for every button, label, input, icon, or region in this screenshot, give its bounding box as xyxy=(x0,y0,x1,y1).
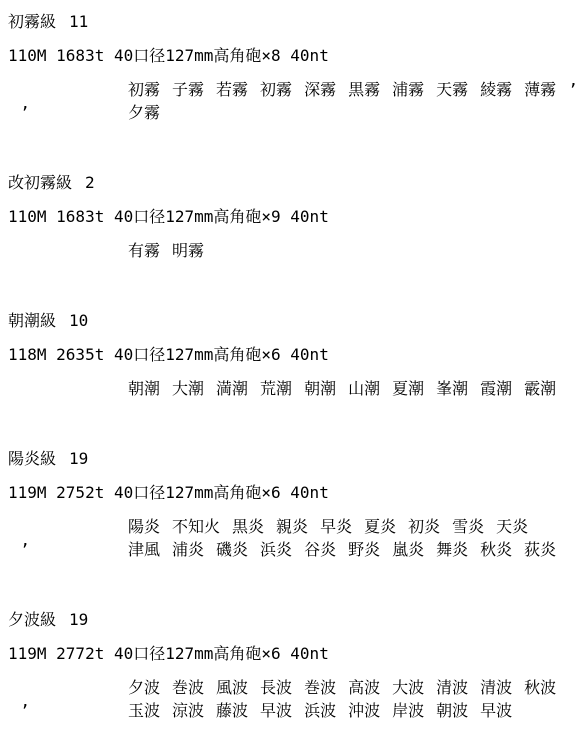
ship-name: 満潮 xyxy=(216,381,248,397)
class-spec: 119M 2752t 40口径127mm高角砲×6 40nt xyxy=(8,485,582,501)
ship-name: 巻波 xyxy=(172,680,204,696)
ship-name: 夏炎 xyxy=(364,519,396,535)
class-title-line: 改初霧級2 xyxy=(8,175,582,191)
ship-name: 浦霧 xyxy=(392,82,424,98)
ship-class-section: 朝潮級10 118M 2635t 40口径127mm高角砲×6 40nt 朝潮大… xyxy=(8,313,582,397)
ship-class-section: 陽炎級19 119M 2752t 40口径127mm高角砲×6 40nt 陽炎不… xyxy=(8,451,582,558)
class-spec: 110M 1683t 40口径127mm高角砲×9 40nt xyxy=(8,209,582,225)
ship-name: 天炎 xyxy=(496,519,528,535)
ship-name-row: 夕波巻波風波長波巻波高波大波清波清波秋波 xyxy=(8,680,582,696)
ship-name: 夕波 xyxy=(128,680,160,696)
ship-name: 清波 xyxy=(436,680,468,696)
class-spec: 119M 2772t 40口径127mm高角砲×6 40nt xyxy=(8,646,582,662)
ship-name-row: 朝潮大潮満潮荒潮朝潮山潮夏潮峯潮霞潮霰潮 xyxy=(8,381,582,397)
class-ship-count: 19 xyxy=(69,449,88,468)
ship-name: 初霧 xyxy=(128,82,160,98)
ship-name: 天霧 xyxy=(436,82,468,98)
class-title: 陽炎級 xyxy=(8,449,56,468)
class-ship-count: 2 xyxy=(85,173,95,192)
names-row: 玉波涼波藤波早波浜波沖波岸波朝波早波 xyxy=(128,703,582,719)
ship-name: 秋炎 xyxy=(480,542,512,558)
ship-name: 高波 xyxy=(348,680,380,696)
ship-name: 黒霧 xyxy=(348,82,380,98)
ship-name: 谷炎 xyxy=(304,542,336,558)
ship-name-row: ’ 玉波涼波藤波早波浜波沖波岸波朝波早波 xyxy=(8,703,582,719)
names-block: 夕波巻波風波長波巻波高波大波清波清波秋波 ’ 玉波涼波藤波早波浜波沖波岸波朝波早… xyxy=(8,680,582,719)
ship-name: 薄霧 xyxy=(524,82,556,98)
ship-class-section: 改初霧級2 110M 1683t 40口径127mm高角砲×9 40nt 有霧明… xyxy=(8,175,582,259)
ship-name: 藤波 xyxy=(216,703,248,719)
ship-name: 早波 xyxy=(480,703,512,719)
ship-name: 陽炎 xyxy=(128,519,160,535)
ship-name: 黒炎 xyxy=(232,519,264,535)
names-row: 夕霧 xyxy=(128,105,582,121)
ship-name: 朝潮 xyxy=(304,381,336,397)
ship-name: 親炎 xyxy=(276,519,308,535)
ship-name: 浜炎 xyxy=(260,542,292,558)
ship-name: 巻波 xyxy=(304,680,336,696)
ship-name: 荒潮 xyxy=(260,381,292,397)
ship-name: 浜波 xyxy=(304,703,336,719)
ship-name: 大潮 xyxy=(172,381,204,397)
names-row: 初霧子霧若霧初霧深霧黒霧浦霧天霧綾霧薄霧’ xyxy=(128,82,582,98)
line-lead-comma: ’ xyxy=(20,703,30,719)
class-title-line: 初霧級11 xyxy=(8,14,582,30)
class-ship-count: 19 xyxy=(69,610,88,629)
ship-class-section: 初霧級11 110M 1683t 40口径127mm高角砲×8 40nt 初霧子… xyxy=(8,14,582,121)
ship-name: 初炎 xyxy=(408,519,440,535)
class-ship-count: 10 xyxy=(69,311,88,330)
ship-name: 朝潮 xyxy=(128,381,160,397)
ship-name-row: 初霧子霧若霧初霧深霧黒霧浦霧天霧綾霧薄霧’ xyxy=(8,82,582,98)
document-page: 初霧級11 110M 1683t 40口径127mm高角砲×8 40nt 初霧子… xyxy=(0,0,582,719)
ship-name: 綾霧 xyxy=(480,82,512,98)
names-row: 有霧明霧 xyxy=(128,243,582,259)
ship-name: 若霧 xyxy=(216,82,248,98)
class-title-line: 陽炎級19 xyxy=(8,451,582,467)
class-title: 改初霧級 xyxy=(8,173,72,192)
names-row: 陽炎不知火黒炎親炎早炎夏炎初炎雪炎天炎 xyxy=(128,519,582,535)
ship-name: 明霧 xyxy=(172,243,204,259)
ship-name: 霰潮 xyxy=(524,381,556,397)
ship-name: 舞炎 xyxy=(436,542,468,558)
names-row: 朝潮大潮満潮荒潮朝潮山潮夏潮峯潮霞潮霰潮 xyxy=(128,381,582,397)
ship-name-row: 陽炎不知火黒炎親炎早炎夏炎初炎雪炎天炎 xyxy=(8,519,582,535)
ship-name: 荻炎 xyxy=(524,542,556,558)
ship-name: 峯潮 xyxy=(436,381,468,397)
ship-name-row: 有霧明霧 xyxy=(8,243,582,259)
ship-name: 秋波 xyxy=(524,680,556,696)
line-lead-comma: ’ xyxy=(20,105,30,121)
class-ship-count: 11 xyxy=(69,12,88,31)
names-row: 津風浦炎磯炎浜炎谷炎野炎嵐炎舞炎秋炎荻炎 xyxy=(128,542,582,558)
ship-name: 山潮 xyxy=(348,381,380,397)
ship-name: 津風 xyxy=(128,542,160,558)
ship-name: 大波 xyxy=(392,680,424,696)
ship-name: 野炎 xyxy=(348,542,380,558)
line-trail-comma: ’ xyxy=(568,82,578,98)
ship-name: 長波 xyxy=(260,680,292,696)
class-spec: 110M 1683t 40口径127mm高角砲×8 40nt xyxy=(8,48,582,64)
line-lead-comma: ’ xyxy=(20,542,30,558)
ship-name: 浦炎 xyxy=(172,542,204,558)
class-title: 初霧級 xyxy=(8,12,56,31)
ship-name: 玉波 xyxy=(128,703,160,719)
ship-name: 磯炎 xyxy=(216,542,248,558)
ship-name: 初霧 xyxy=(260,82,292,98)
ship-name: 子霧 xyxy=(172,82,204,98)
ship-name: 早炎 xyxy=(320,519,352,535)
ship-name: 雪炎 xyxy=(452,519,484,535)
ship-name: 朝波 xyxy=(436,703,468,719)
ship-name: 夏潮 xyxy=(392,381,424,397)
ship-name: 不知火 xyxy=(172,519,220,535)
class-title: 朝潮級 xyxy=(8,311,56,330)
class-title-line: 夕波級19 xyxy=(8,612,582,628)
class-title: 夕波級 xyxy=(8,610,56,629)
ship-name: 夕霧 xyxy=(128,105,160,121)
ship-name: 沖波 xyxy=(348,703,380,719)
ship-name: 風波 xyxy=(216,680,248,696)
ship-name-row: ’ 夕霧 xyxy=(8,105,582,121)
ship-name: 早波 xyxy=(260,703,292,719)
ship-name: 清波 xyxy=(480,680,512,696)
class-spec: 118M 2635t 40口径127mm高角砲×6 40nt xyxy=(8,347,582,363)
ship-name: 嵐炎 xyxy=(392,542,424,558)
ship-name: 涼波 xyxy=(172,703,204,719)
ship-name: 霞潮 xyxy=(480,381,512,397)
names-block: 有霧明霧 xyxy=(8,243,582,259)
ship-name-row: ’ 津風浦炎磯炎浜炎谷炎野炎嵐炎舞炎秋炎荻炎 xyxy=(8,542,582,558)
names-block: 初霧子霧若霧初霧深霧黒霧浦霧天霧綾霧薄霧’ ’ 夕霧 xyxy=(8,82,582,121)
ship-name: 有霧 xyxy=(128,243,160,259)
ship-class-section: 夕波級19 119M 2772t 40口径127mm高角砲×6 40nt 夕波巻… xyxy=(8,612,582,719)
names-block: 陽炎不知火黒炎親炎早炎夏炎初炎雪炎天炎 ’ 津風浦炎磯炎浜炎谷炎野炎嵐炎舞炎秋炎… xyxy=(8,519,582,558)
ship-name: 深霧 xyxy=(304,82,336,98)
names-block: 朝潮大潮満潮荒潮朝潮山潮夏潮峯潮霞潮霰潮 xyxy=(8,381,582,397)
names-row: 夕波巻波風波長波巻波高波大波清波清波秋波 xyxy=(128,680,582,696)
class-title-line: 朝潮級10 xyxy=(8,313,582,329)
ship-name: 岸波 xyxy=(392,703,424,719)
